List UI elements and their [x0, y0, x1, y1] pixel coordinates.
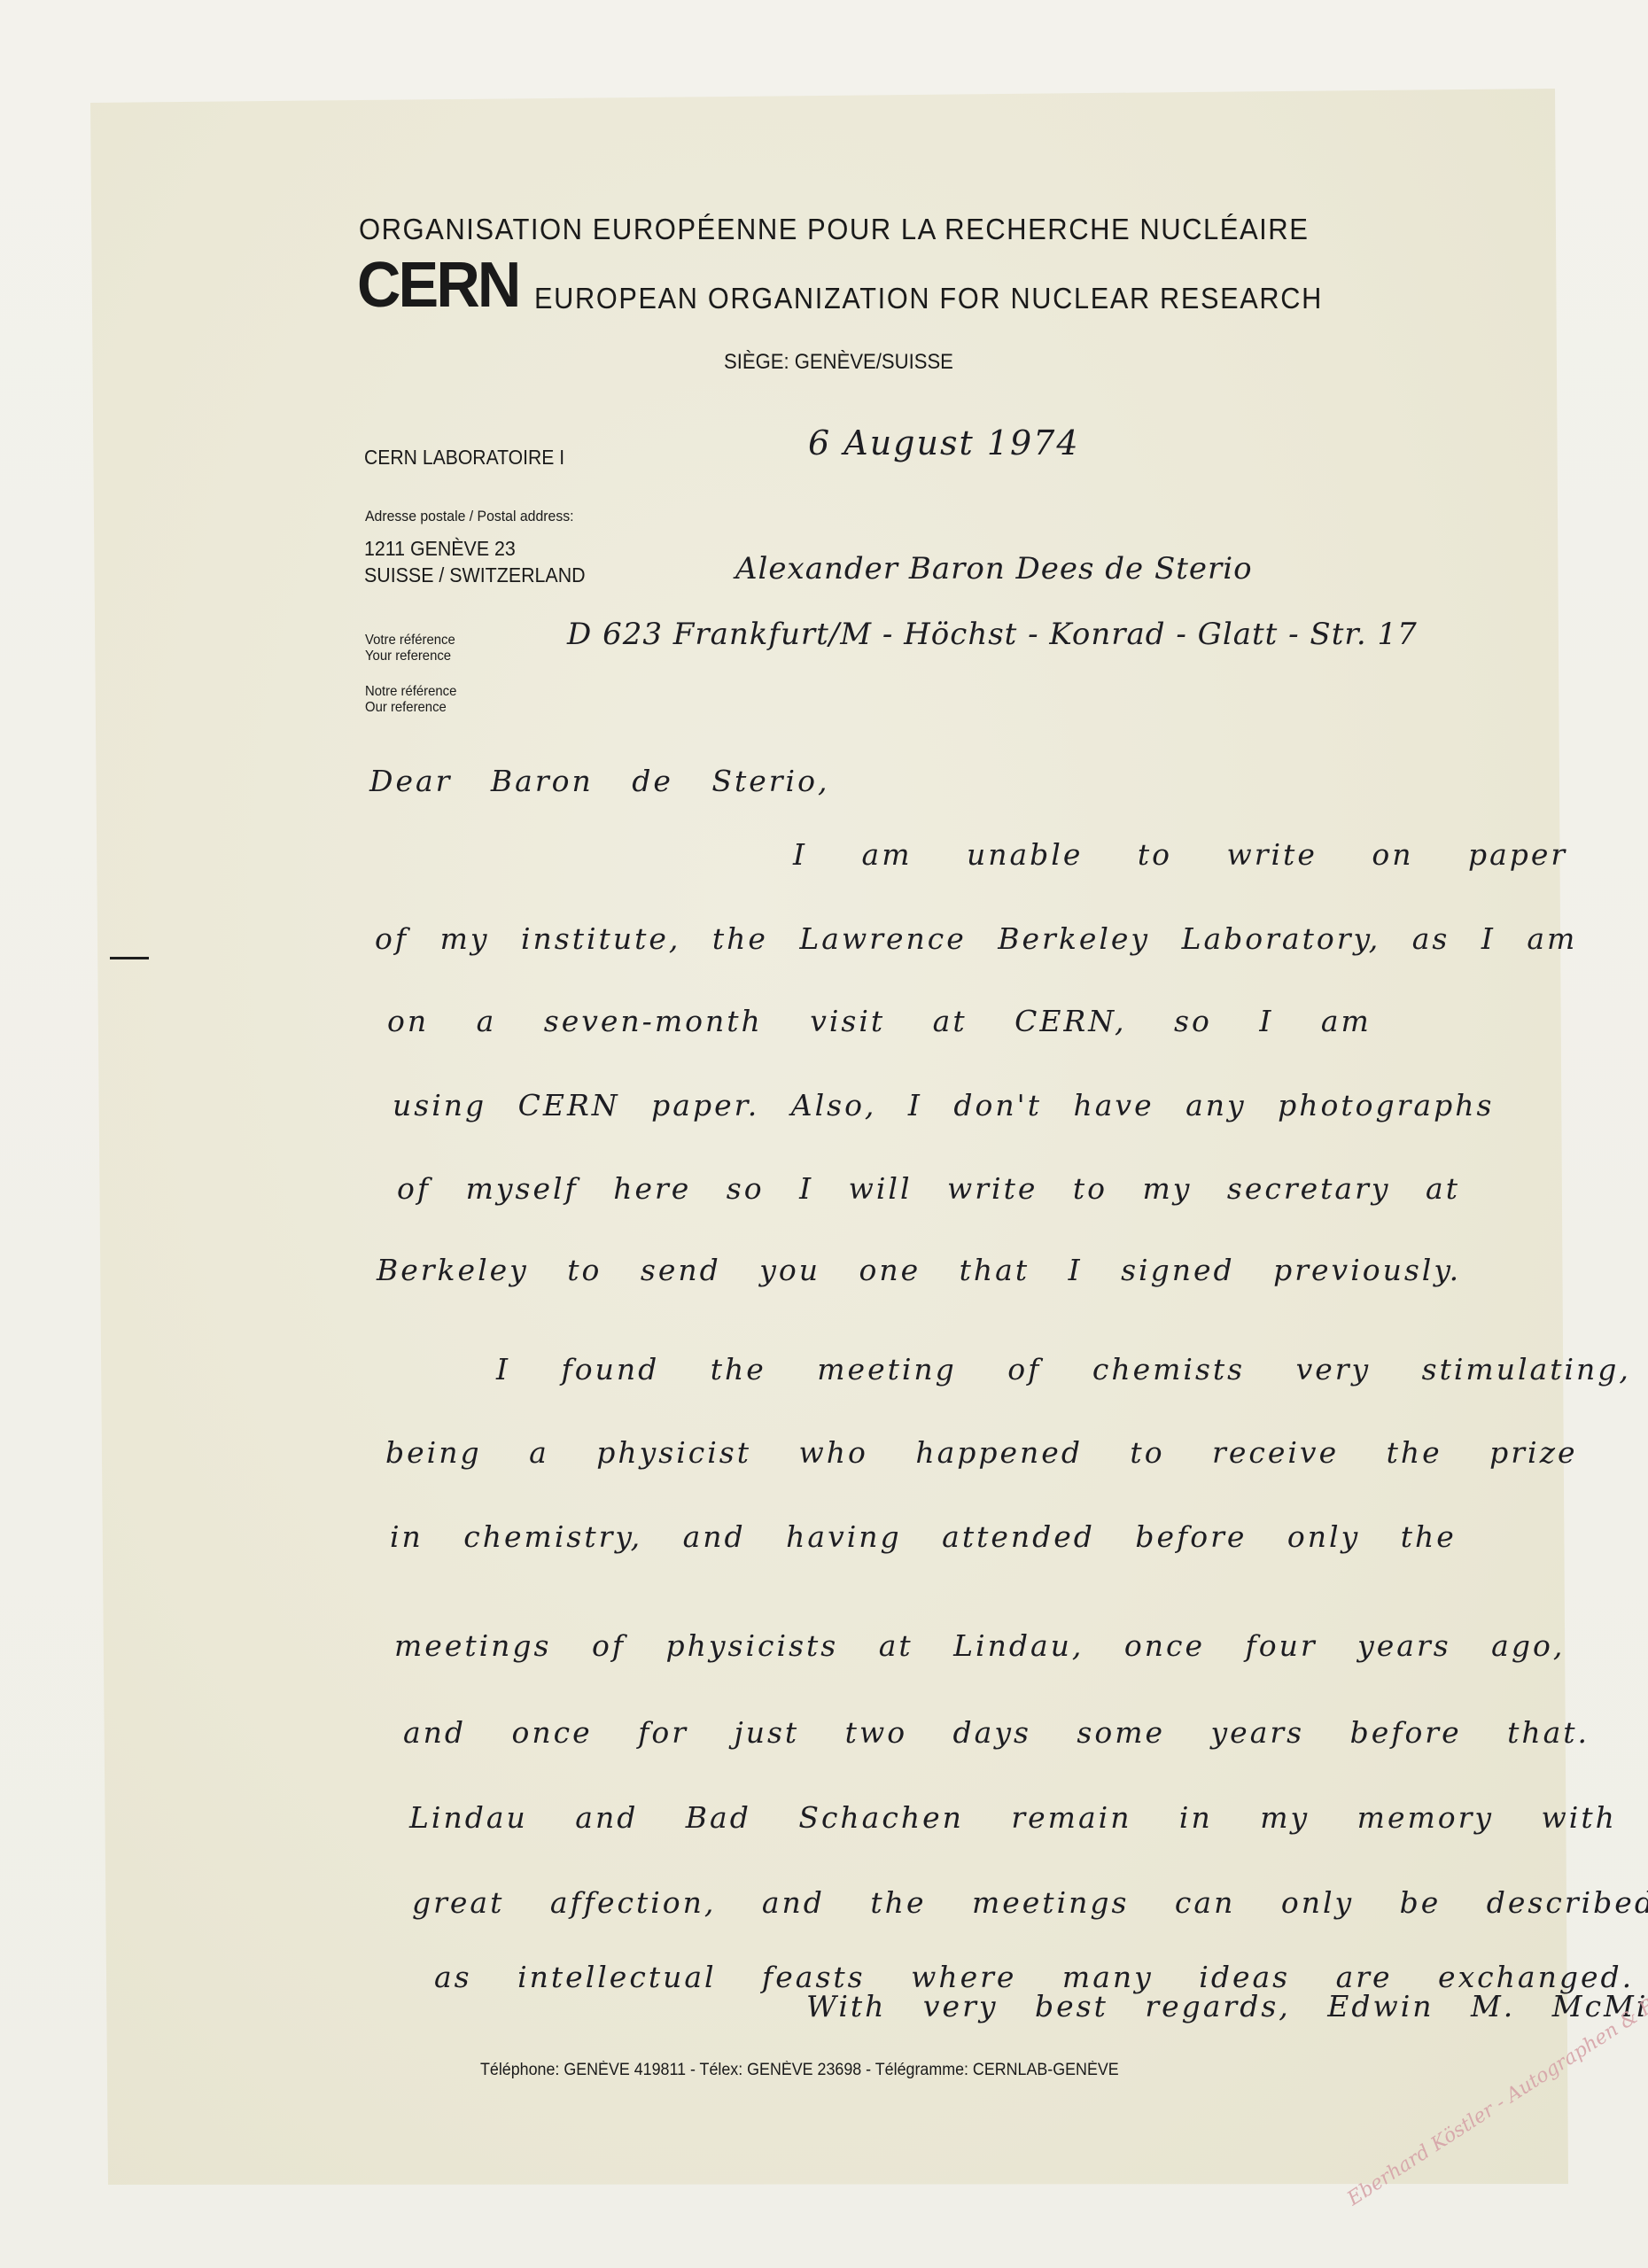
- body-line: Lindau and Bad Schachen remain in my mem…: [409, 1800, 1617, 1835]
- salutation: Dear Baron de Sterio,: [369, 764, 829, 798]
- body-line: of my institute, the Lawrence Berkeley L…: [375, 921, 1577, 956]
- body-line: using CERN paper. Also, I don't have any…: [393, 1088, 1494, 1122]
- recipient-address: D 623 Frankfurt/M - Höchst - Konrad - Gl…: [567, 617, 1418, 652]
- organisation-name-en: EUROPEAN ORGANIZATION FOR NUCLEAR RESEAR…: [534, 282, 1323, 315]
- body-line: I am unable to write on paper: [793, 837, 1567, 872]
- body-line: I found the meeting of chemists very sti…: [496, 1352, 1631, 1386]
- body-line: great affection, and the meetings can on…: [412, 1885, 1648, 1920]
- our-reference-label: Notre référence Our reference: [365, 684, 456, 716]
- body-line: meetings of physicists at Lindau, once f…: [394, 1628, 1565, 1663]
- your-reference-en: Your reference: [365, 649, 455, 664]
- body-line: on a seven-month visit at CERN, so I am: [387, 1004, 1372, 1038]
- your-reference-label: Votre référence Your reference: [365, 633, 455, 664]
- recipient-name: Alexander Baron Dees de Sterio: [735, 551, 1253, 586]
- our-reference-en: Our reference: [365, 700, 456, 716]
- closing: With very best regards,: [806, 1989, 1291, 2023]
- seat-line: SIÈGE: GENÈVE/SUISSE: [724, 350, 953, 375]
- laboratory-label: CERN LABORATOIRE I: [364, 446, 564, 470]
- organisation-name-fr: ORGANISATION EUROPÉENNE POUR LA RECHERCH…: [359, 213, 1309, 246]
- body-line: and once for just two days some years be…: [403, 1715, 1590, 1750]
- margin-fold-mark: [110, 957, 149, 959]
- body-line: in chemistry, and having attended before…: [390, 1519, 1457, 1554]
- cern-logo: CERN: [357, 250, 518, 321]
- body-line: being a physicist who happened to receiv…: [385, 1435, 1578, 1470]
- postal-address-line-1: 1211 GENÈVE 23: [364, 537, 516, 561]
- our-reference-fr: Notre référence: [365, 684, 456, 700]
- body-line: of myself here so I will write to my sec…: [397, 1171, 1460, 1206]
- footer-contact-line: Téléphone: GENÈVE 419811 - Télex: GENÈVE…: [480, 2061, 1119, 2080]
- body-line: Berkeley to send you one that I signed p…: [377, 1253, 1461, 1287]
- your-reference-fr: Votre référence: [365, 633, 455, 649]
- signature: Edwin M. McMillan: [1327, 1989, 1648, 2023]
- postal-address-label: Adresse postale / Postal address:: [365, 508, 574, 525]
- letter-date: 6 August 1974: [808, 423, 1080, 462]
- letter-paper: [0, 0, 1648, 2268]
- postal-address-line-2: SUISSE / SWITZERLAND: [364, 563, 586, 587]
- closing-and-signature: With very best regards, Edwin M. McMilla…: [806, 1989, 1648, 2023]
